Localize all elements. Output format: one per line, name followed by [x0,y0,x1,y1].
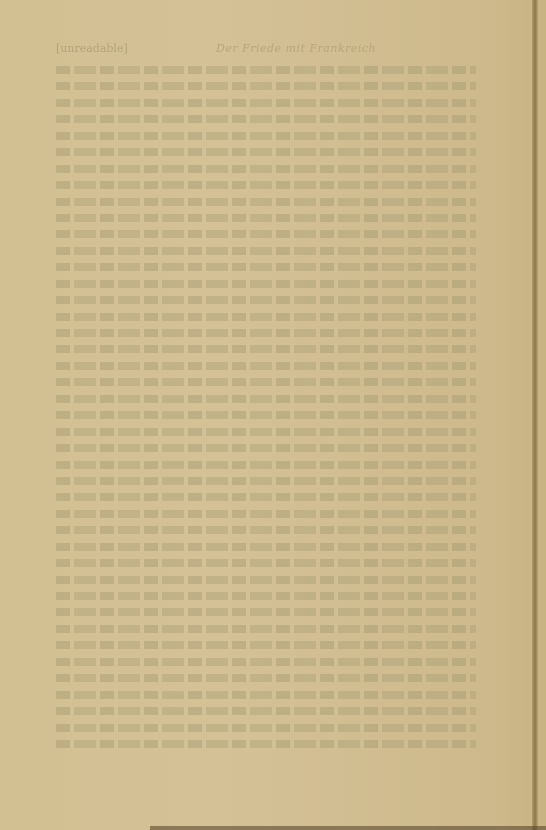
text-line [56,165,476,173]
text-line [56,115,476,123]
page-number: [unreadable] [56,42,128,55]
text-line [56,329,476,337]
page-header: [unreadable] Der Friede mit Frankreich [56,42,476,56]
text-line [56,66,476,74]
text-line [56,214,476,222]
text-line [56,263,476,271]
text-line [56,691,476,699]
text-line [56,82,476,90]
text-line [56,576,476,584]
text-line [56,395,476,403]
text-line [56,345,476,353]
text-line [56,362,476,370]
text-line [56,313,476,321]
running-head: Der Friede mit Frankreich [216,42,376,55]
page-edge [532,0,538,830]
text-line [56,658,476,666]
text-line [56,526,476,534]
book-page: [unreadable] Der Friede mit Frankreich [0,0,546,830]
text-line [56,510,476,518]
text-line [56,493,476,501]
text-line [56,543,476,551]
text-line [56,461,476,469]
bottom-edge [150,826,546,830]
text-line [56,296,476,304]
text-line [56,247,476,255]
text-line [56,148,476,156]
text-line [56,559,476,567]
text-line [56,280,476,288]
text-line [56,132,476,140]
text-line [56,641,476,649]
text-line [56,608,476,616]
text-line [56,724,476,732]
text-line [56,674,476,682]
text-line [56,592,476,600]
text-line [56,99,476,107]
text-line [56,198,476,206]
text-line [56,477,476,485]
text-line [56,625,476,633]
text-line [56,411,476,419]
text-line [56,428,476,436]
text-line [56,378,476,386]
text-line [56,740,476,748]
text-line [56,181,476,189]
body-text [56,66,476,756]
text-line [56,707,476,715]
text-line [56,230,476,238]
text-line [56,444,476,452]
